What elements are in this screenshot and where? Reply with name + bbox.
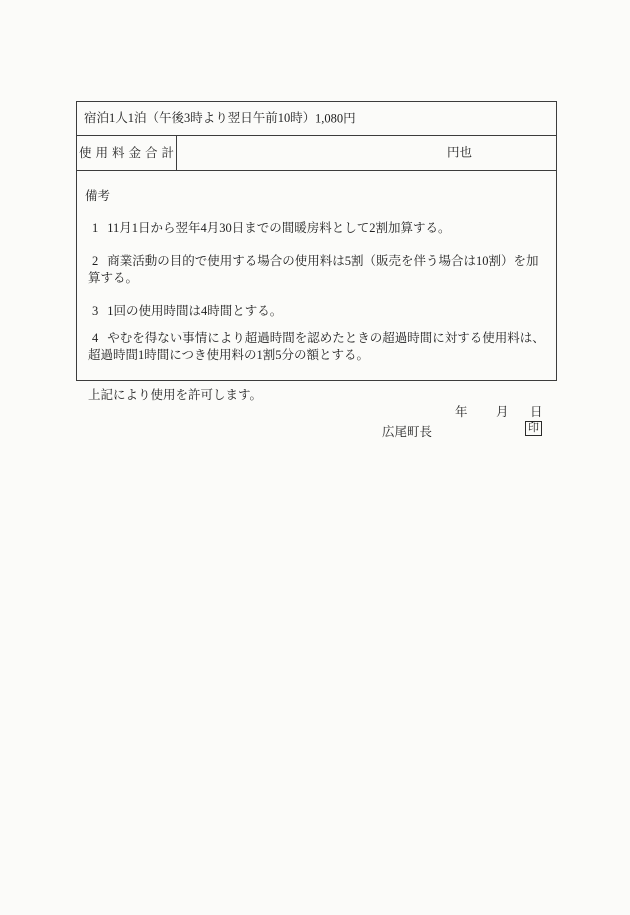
remarks-heading: 備考 [85,188,548,205]
date-day-label: 日 [530,404,543,421]
signer-title: 広尾町長 [382,424,432,441]
lodging-fee-label: 宿泊1人1泊（午後3時より翌日午前10時） [84,110,315,127]
total-fee-row: 使用料金合計 円也 [77,136,556,171]
remark-item-2: 2商業活動の目的で使用する場合の使用料は5割（販売を伴う場合は10割）を加算する… [85,253,548,287]
remark-text: 商業活動の目的で使用する場合の使用料は5割（販売を伴う場合は10割）を加算する。 [88,254,539,285]
remark-item-4: 4やむを得ない事情により超過時間を認めたときの超過時間に対する使用料は、超過時間… [85,330,548,364]
lodging-fee-row: 宿泊1人1泊（午後3時より翌日午前10時） 1,080円 [77,102,556,136]
remark-number: 4 [92,331,98,345]
total-fee-value-cell: 円也 [177,136,556,170]
remark-number: 3 [92,304,98,318]
remark-number: 2 [92,254,98,268]
date-year-label: 年 [455,404,468,421]
remark-text: 1回の使用時間は4時間とする。 [107,304,282,318]
total-fee-unit-suffix: 円也 [447,145,472,162]
permit-statement: 上記により使用を許可します。 [88,387,262,404]
remark-number: 1 [92,221,98,235]
total-fee-amount-blank [187,136,436,170]
remark-item-1: 111月1日から翌年4月30日までの間暖房料として2割加算する。 [85,220,548,237]
total-fee-label-cell: 使用料金合計 [77,136,177,170]
remark-item-3: 31回の使用時間は4時間とする。 [85,303,548,320]
fee-table: 宿泊1人1泊（午後3時より翌日午前10時） 1,080円 使用料金合計 円也 備… [76,101,557,381]
remark-text: やむを得ない事情により超過時間を認めたときの超過時間に対する使用料は、超過時間1… [88,331,545,362]
remark-text: 11月1日から翌年4月30日までの間暖房料として2割加算する。 [107,221,450,235]
fee-permit-document: 宿泊1人1泊（午後3時より翌日午前10時） 1,080円 使用料金合計 円也 備… [0,0,630,915]
seal-placeholder: 印 [525,421,542,436]
lodging-fee-price: 1,080円 [315,110,356,127]
total-fee-label: 使用料金合計 [79,145,178,162]
date-month-label: 月 [496,404,509,421]
remarks-section: 備考 111月1日から翌年4月30日までの間暖房料として2割加算する。 2商業活… [77,171,556,380]
